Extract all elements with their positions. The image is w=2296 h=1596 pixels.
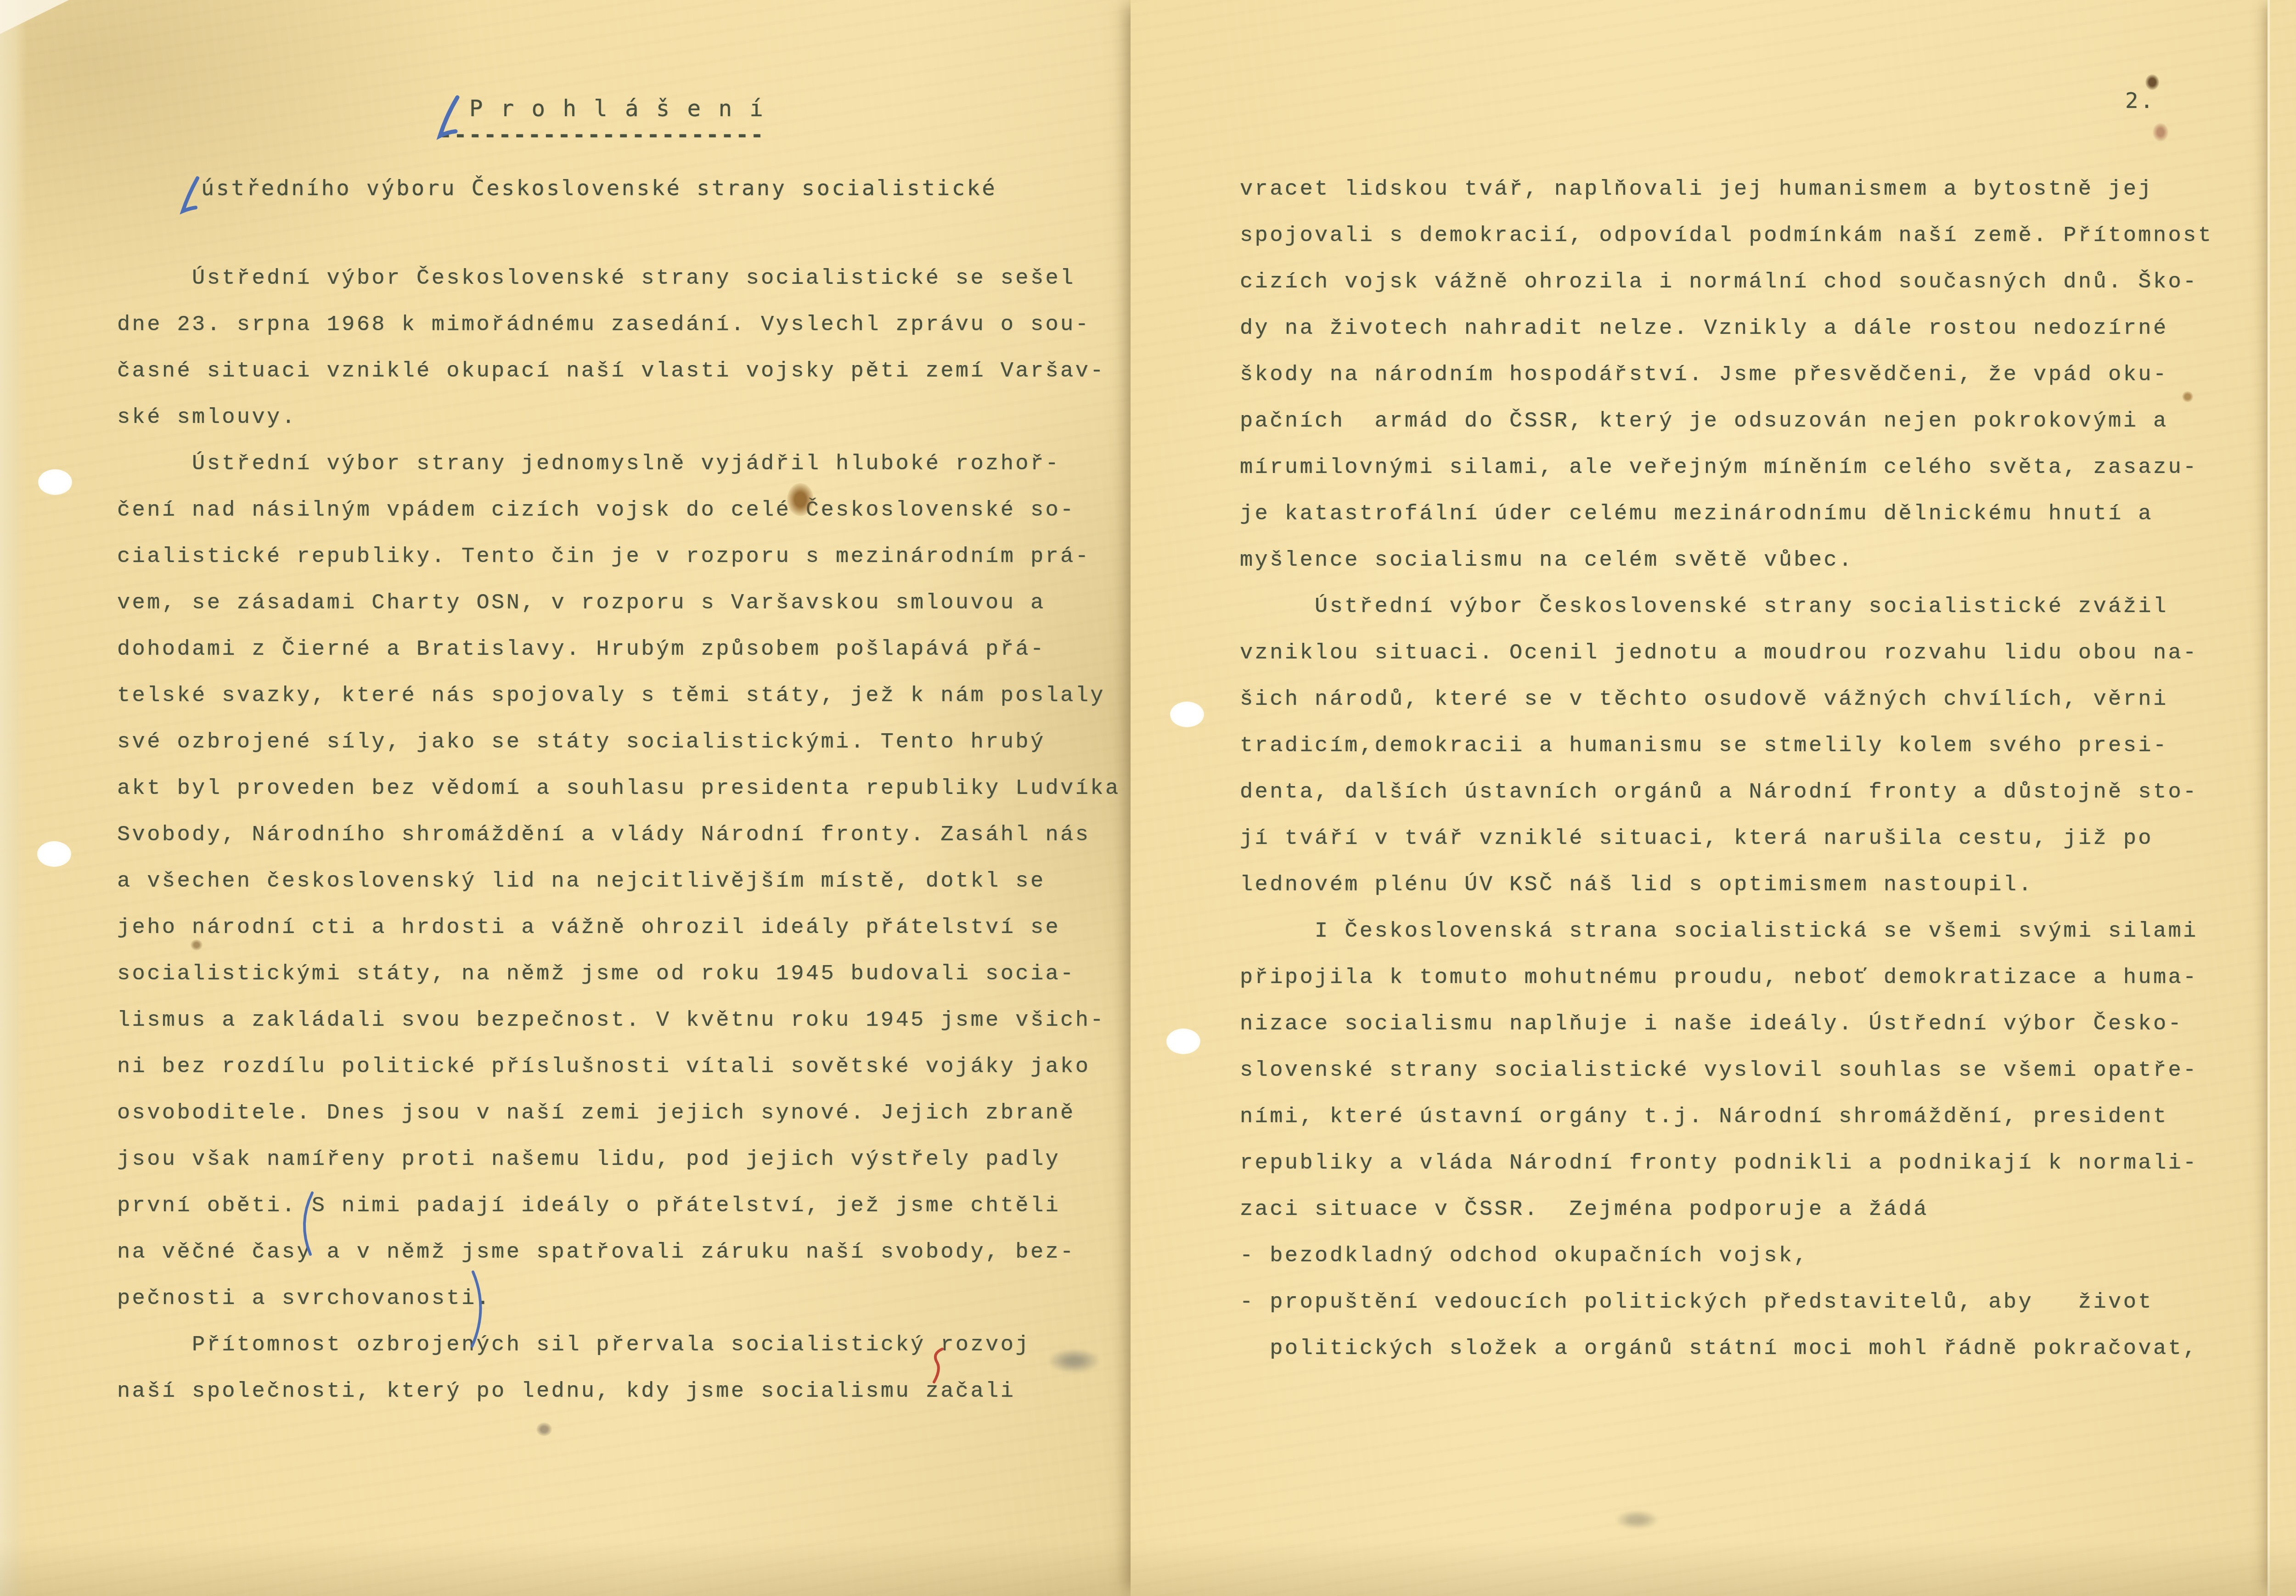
page-3 (2268, 0, 2296, 1596)
punch-hole (38, 469, 72, 495)
title-underline: ---------------------- (439, 122, 765, 147)
page-1: P r o h l á š e n í --------------------… (0, 0, 1131, 1596)
paper-stain (536, 1422, 552, 1436)
document-scan: P r o h l á š e n í --------------------… (0, 0, 2296, 1596)
punch-hole (37, 841, 71, 867)
page-2-body: vracet lidskou tvář, naplňovali jej huma… (1240, 166, 2213, 1372)
scan-left-edge (0, 0, 27, 1596)
punch-hole (1166, 1028, 1200, 1054)
punch-hole (1170, 702, 1204, 727)
document-title: P r o h l á š e n í (469, 96, 765, 122)
paper-texture (2270, 0, 2296, 1596)
document-subtitle: ústředního výboru Československé strany … (201, 175, 997, 201)
page-corner-sliver (0, 0, 69, 34)
page-1-body: Ústřední výbor Československé strany soc… (117, 255, 1120, 1415)
page-number-2: 2. (2125, 88, 2155, 113)
